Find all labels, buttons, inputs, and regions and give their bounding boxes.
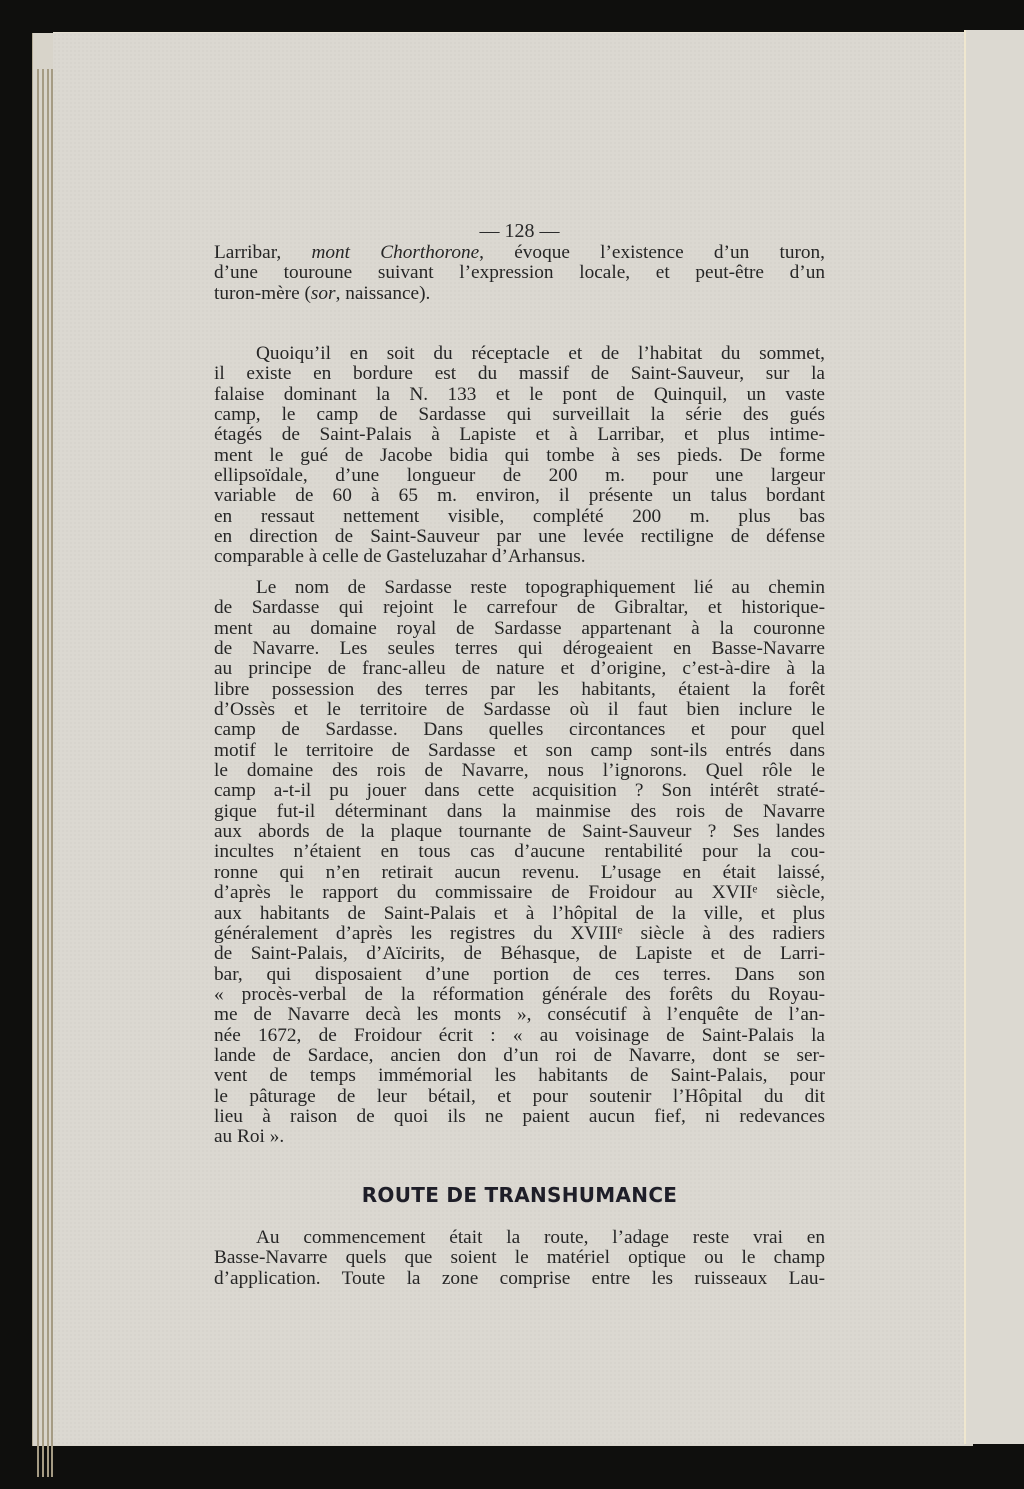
text-line-content: Larribar, mont Chorthorone, évoque l’exi… <box>214 242 825 263</box>
text-line: bar, qui disposaient d’une portion de ce… <box>214 965 825 985</box>
text-line: d’Ossès et le territoire de Sardasse où … <box>214 700 825 720</box>
section-heading: ROUTE DE TRANSHUMANCE <box>214 1183 825 1207</box>
text-line: en ressaut nettement visible, complété 2… <box>214 507 825 527</box>
text-line: Le nom de Sardasse reste topographiqueme… <box>214 578 825 598</box>
text-line: aux habitants de Saint-Palais et à l’hôp… <box>214 904 825 924</box>
text-line: camp de Sardasse. Dans quelles circontan… <box>214 720 825 740</box>
text-line: généralement d’après les registres du XV… <box>214 924 825 944</box>
page-edge <box>47 69 49 1477</box>
text-line: d’une touroune suivant l’expression loca… <box>214 263 825 283</box>
italic-term: mont Chorthorone <box>311 242 479 263</box>
facing-page-edge <box>966 30 1024 1444</box>
text-line: Basse-Navarre quels que soient le matéri… <box>214 1248 825 1268</box>
text-line: lande de Sardace, ancien don d’un roi de… <box>214 1046 825 1066</box>
text-line: incultes n’étaient en tous cas d’aucune … <box>214 842 825 862</box>
text-line: « procès-verbal de la réformation généra… <box>214 985 825 1005</box>
text-line: au principe de franc-alleu de nature et … <box>214 659 825 679</box>
text-line: née 1672, de Froidour écrit : « au voisi… <box>214 1026 825 1046</box>
text-line: le pâturage de leur bétail, et pour sout… <box>214 1087 825 1107</box>
text-line: Quoiqu’il en soit du réceptacle et de l’… <box>214 344 825 364</box>
page-edge <box>42 69 44 1477</box>
page-number: — 128 — <box>214 220 825 243</box>
text-line: motif le territoire de Sardasse et son c… <box>214 741 825 761</box>
text-line: de Navarre. Les seules terres qui déroge… <box>214 639 825 659</box>
text-line: variable de 60 à 65 m. environ, il prése… <box>214 486 825 506</box>
text-line: le domaine des rois de Navarre, nous l’i… <box>214 761 825 781</box>
section-paragraph-1: Au commencement était la route, l’adage … <box>214 1228 825 1289</box>
text-line-content: d’une touroune suivant l’expression loca… <box>214 262 825 283</box>
text-line: d’après le rapport du commissaire de Fro… <box>214 883 825 903</box>
text-line: il existe en bordure est du massif de Sa… <box>214 364 825 384</box>
text-line-content: turon-mère (sor, naissance). <box>214 283 430 304</box>
paragraph-1: Larribar, mont Chorthorone, évoque l’exi… <box>214 243 825 304</box>
text-line: camp, le camp de Sardasse qui surveillai… <box>214 405 825 425</box>
text-line: d’application. Toute la zone comprise en… <box>214 1269 825 1289</box>
text-line: en direction de Saint-Sauveur par une le… <box>214 527 825 547</box>
text-line: au Roi ». <box>214 1127 825 1147</box>
text-line: ment au domaine royal de Sardasse appart… <box>214 619 825 639</box>
paragraph-3: Le nom de Sardasse reste topographiqueme… <box>214 578 825 1148</box>
text-line: camp a-t-il pu jouer dans cette acquisit… <box>214 781 825 801</box>
book-page: — 128 — Larribar, mont Chorthorone, évoq… <box>53 32 965 1445</box>
page-edge <box>37 69 39 1477</box>
text-line: turon-mère (sor, naissance). <box>214 284 825 304</box>
paragraph-2: Quoiqu’il en soit du réceptacle et de l’… <box>214 344 825 568</box>
text-line: gique fut-il déterminant dans la mainmis… <box>214 802 825 822</box>
text-line: aux abords de la plaque tournante de Sai… <box>214 822 825 842</box>
text-line: ronne qui n’en retirait aucun revenu. L’… <box>214 863 825 883</box>
text-line: libre possession des terres par les habi… <box>214 680 825 700</box>
text-line: de Sardasse qui rejoint le carrefour de … <box>214 598 825 618</box>
text-line: ellipsoïdale, d’une longueur de 200 m. p… <box>214 466 825 486</box>
text-line: falaise dominant la N. 133 et le pont de… <box>214 385 825 405</box>
text-line: Au commencement était la route, l’adage … <box>214 1228 825 1248</box>
text-line: Larribar, mont Chorthorone, évoque l’exi… <box>214 243 825 263</box>
text-line: ment le gué de Jacobe bidia qui tombe à … <box>214 446 825 466</box>
text-line: de Saint-Palais, d’Aïcirits, de Béhasque… <box>214 944 825 964</box>
text-line: vent de temps immémorial les habitants d… <box>214 1066 825 1086</box>
text-line: étagés de Saint-Palais à Lapiste et à La… <box>214 425 825 445</box>
italic-term: sor <box>311 283 336 304</box>
text-line: comparable à celle de Gasteluzahar d’Arh… <box>214 547 825 567</box>
text-line: lieu à raison de quoi ils ne paient aucu… <box>214 1107 825 1127</box>
text-line: me de Navarre decà les monts », consécut… <box>214 1005 825 1025</box>
